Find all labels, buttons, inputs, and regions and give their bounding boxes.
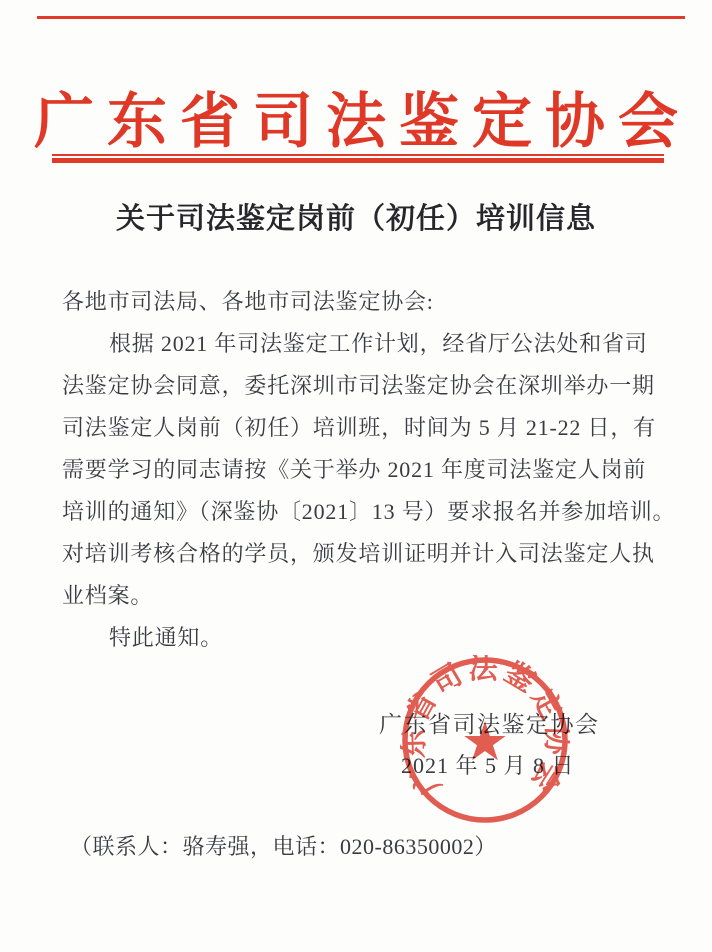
body-line: 对培训考核合格的学员，颁发培训证明并计入司法鉴定人执 [62, 533, 656, 575]
top-border-line [37, 16, 685, 19]
contact-info: （联系人：骆寿强，电话：020-86350002） [70, 830, 497, 861]
letterhead-title: 广东省司法鉴定协会 [0, 74, 712, 160]
body-line: 培训的通知》（深鉴协〔2021〕13 号）要求报名并参加培训。 [62, 491, 656, 533]
body-line: 司法鉴定人岗前（初任）培训班，时间为 5 月 21-22 日，有 [62, 407, 656, 449]
body-line: 需要学习的同志请按《关于举办 2021 年度司法鉴定人岗前 [62, 449, 656, 491]
salutation-line: 各地市司法局、各地市司法鉴定协会: [62, 281, 656, 323]
divider-thick-line [52, 158, 664, 163]
document-title: 关于司法鉴定岗前（初任）培训信息 [0, 196, 712, 237]
body-line: 业档案。 [62, 575, 656, 617]
official-seal-stamp: 广东省司法鉴定协会 ★ [400, 655, 570, 825]
document-body: 各地市司法局、各地市司法鉴定协会: 根据 2021 年司法鉴定工作计划，经省厅公… [62, 281, 656, 659]
letterhead-divider [52, 154, 664, 163]
divider-thin-line [52, 154, 664, 156]
seal-star-icon: ★ [461, 710, 509, 773]
body-line: 根据 2021 年司法鉴定工作计划，经省厅公法处和省司 [62, 323, 656, 365]
body-line: 法鉴定协会同意，委托深圳市司法鉴定协会在深圳举办一期 [62, 365, 656, 407]
scanned-notice-document: 广东省司法鉴定协会 关于司法鉴定岗前（初任）培训信息 各地市司法局、各地市司法鉴… [0, 0, 712, 952]
closing-line: 特此通知。 [62, 617, 656, 659]
